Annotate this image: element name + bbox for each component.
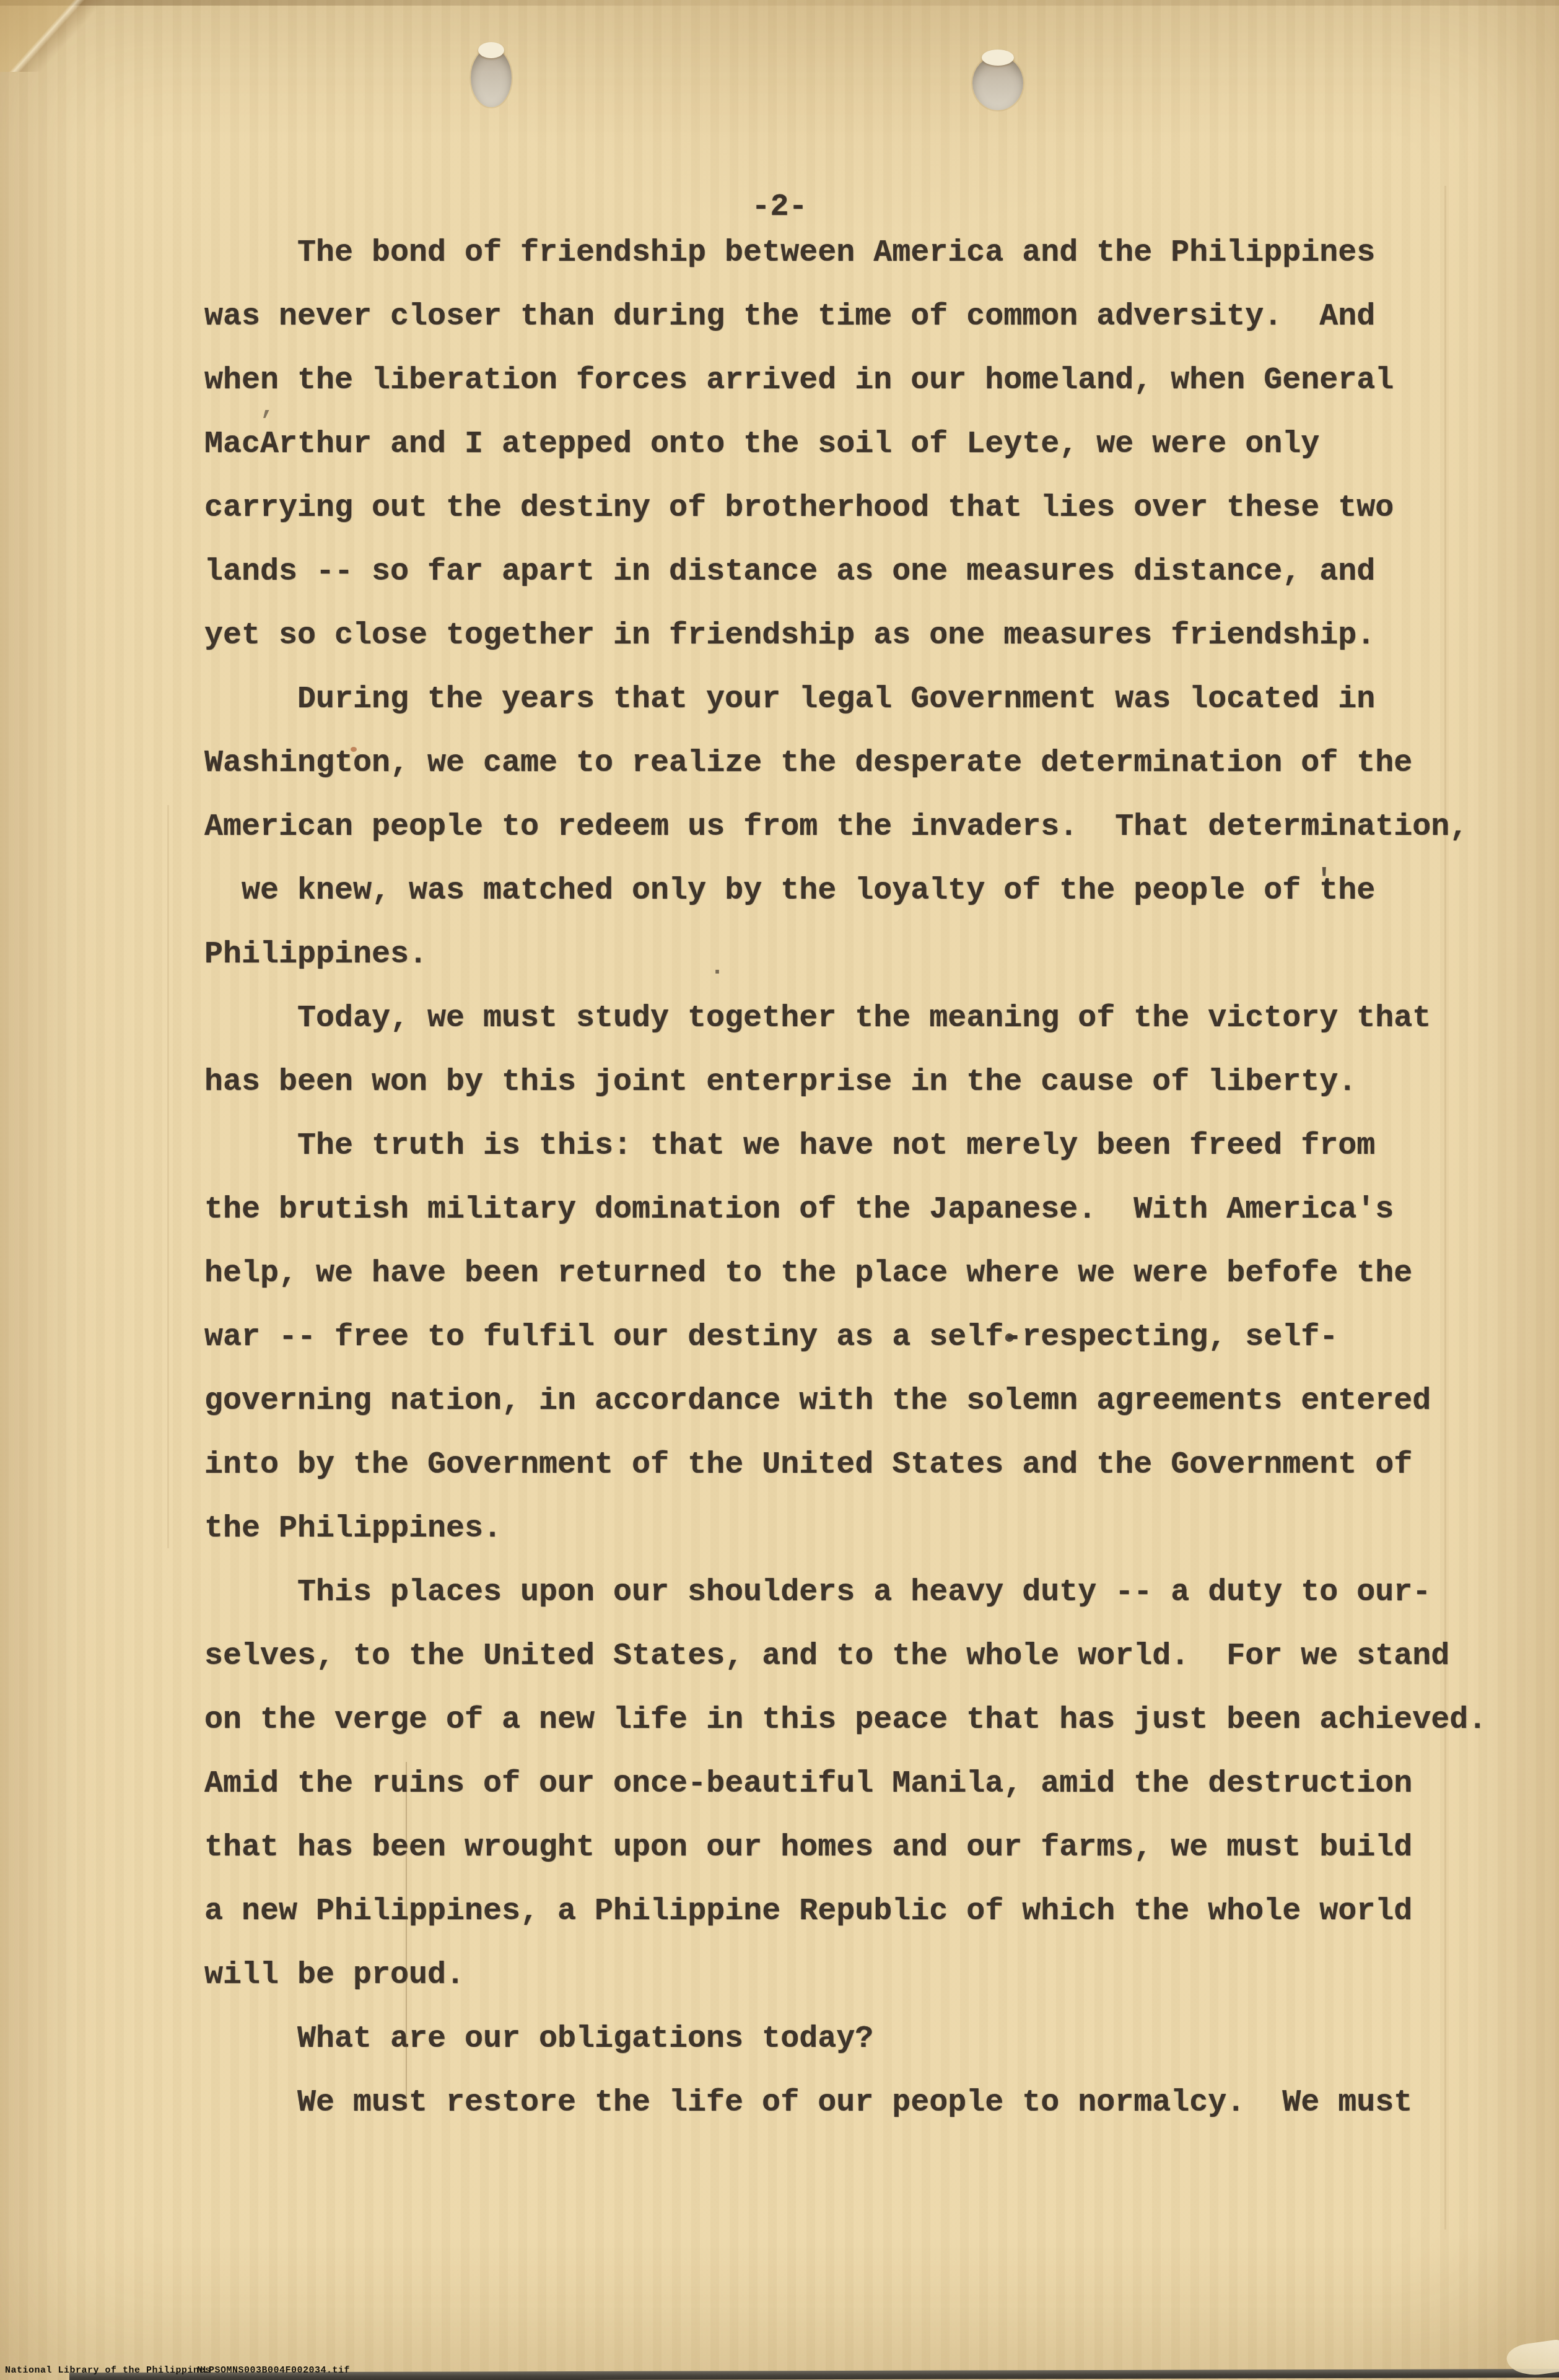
text-line: yet so close together in friendship as o… — [204, 621, 1375, 652]
paper-corner-crease — [0, 0, 150, 72]
paper-streak — [167, 805, 169, 1548]
text-line: The truth is this: that we have not mere… — [297, 1131, 1375, 1162]
text-line: Today, we must study together the meanin… — [297, 1003, 1431, 1034]
text-line: What are our obligations today? — [297, 2024, 873, 2055]
punch-hole-left — [471, 48, 512, 107]
text-line: selves, to the United States, and to the… — [204, 1641, 1449, 1672]
punch-hole-right — [972, 56, 1023, 110]
text-line: into by the Government of the United Sta… — [204, 1450, 1412, 1481]
footer-filename: NLPSOMNS003B004F002034.tif — [197, 2366, 350, 2376]
text-line: MacArthur and I atepped onto the soil of… — [204, 429, 1319, 460]
text-line: The bond of friendship between America a… — [297, 238, 1375, 269]
text-line: carrying out the destiny of brotherhood … — [204, 493, 1394, 524]
text-line: governing nation, in accordance with the… — [204, 1386, 1431, 1417]
text-line: was never closer than during the time of… — [204, 302, 1375, 333]
text-line: will be proud. — [204, 1960, 465, 1991]
text-line: when the liberation forces arrived in ou… — [204, 365, 1394, 396]
text-line: We must restore the life of our people t… — [297, 2088, 1412, 2119]
page-number: -2- — [0, 192, 1559, 223]
text-line: This places upon our shoulders a heavy d… — [297, 1577, 1431, 1608]
text-line: lands -- so far apart in distance as one… — [204, 557, 1375, 588]
scan-top-edge — [0, 0, 1559, 6]
text-line: the Philippines. — [204, 1514, 502, 1545]
footer-library-label: National Library of the Philippines — [5, 2366, 211, 2376]
text-line: American people to redeem us from the in… — [204, 812, 1468, 843]
text-line: on the verge of a new life in this peace… — [204, 1705, 1487, 1736]
text-line: help, we have been returned to the place… — [204, 1258, 1412, 1289]
punch-hole-tear — [982, 50, 1014, 66]
punch-hole-tear — [478, 42, 504, 58]
text-line: has been won by this joint enterprise in… — [204, 1067, 1356, 1098]
paper-streak — [1444, 186, 1446, 2230]
text-line: Amid the ruins of our once-beautiful Man… — [204, 1769, 1412, 1800]
text-line: Washington, we came to realize the despe… — [204, 748, 1412, 779]
text-line: a new Philippines, a Philippine Republic… — [204, 1896, 1412, 1927]
text-line: that has been wrought upon our homes and… — [204, 1833, 1412, 1863]
vertical-paper-crease — [406, 1762, 407, 2109]
scanned-document-page: -2- The bond of friendship between Ameri… — [0, 0, 1559, 2380]
text-line: we knew, was matched only by the loyalty… — [242, 876, 1375, 907]
stray-apostrophe: ' — [1316, 865, 1333, 897]
paper-fleck — [351, 747, 357, 752]
text-line: Philippines. — [204, 939, 427, 970]
overstrike-blob: ● — [1003, 1327, 1015, 1349]
text-line: the brutish military domination of the J… — [204, 1195, 1394, 1226]
stray-comma: , — [260, 394, 275, 422]
text-line: war -- free to fulfil our destiny as a s… — [204, 1322, 1338, 1353]
ink-dot: · — [710, 959, 725, 987]
text-line: During the years that your legal Governm… — [297, 684, 1375, 715]
